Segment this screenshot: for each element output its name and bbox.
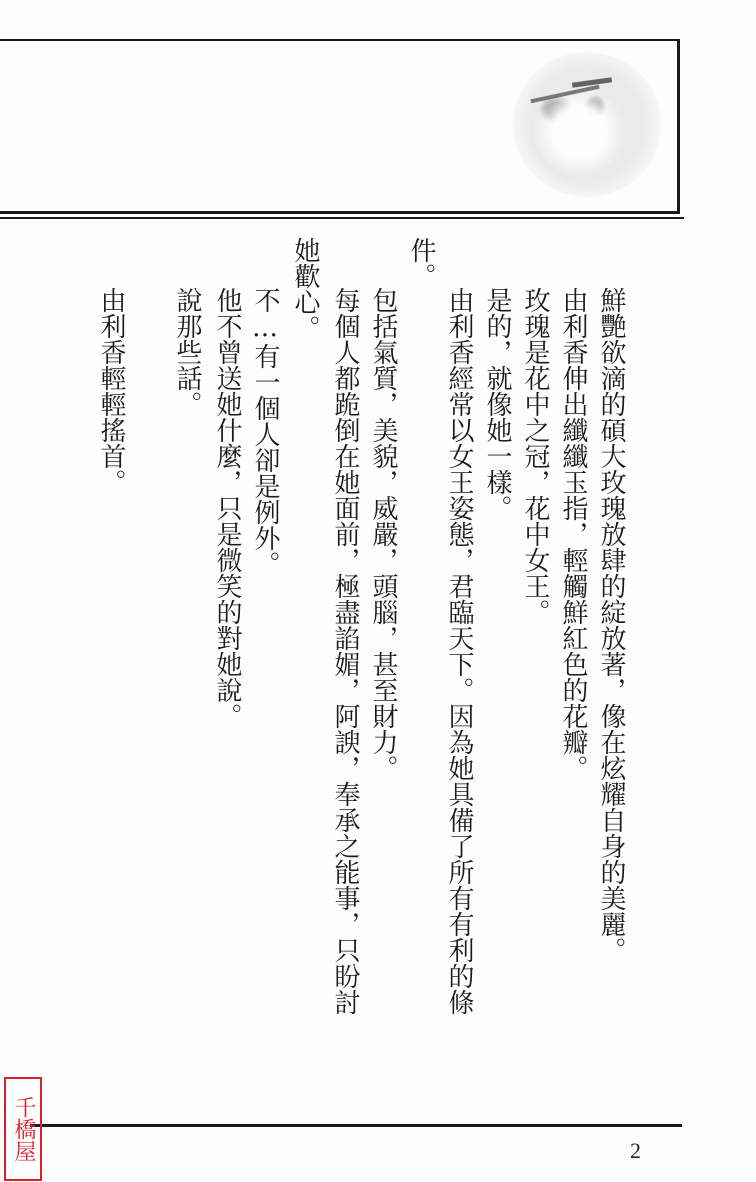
text-column-12: 說那些話。 xyxy=(173,287,203,417)
header-bottom-rule-secondary xyxy=(0,217,684,219)
text-column-11: 他不曾送她什麼，只是微笑的對她說。 xyxy=(213,287,243,729)
text-column-13: 由利香輕輕搖首。 xyxy=(97,287,127,495)
text-column-5: 由利香經常以女王姿態，君臨天下。因為她具備了所有有利的條 xyxy=(445,287,475,1015)
header-bottom-rule xyxy=(0,211,680,214)
header-right-border xyxy=(677,39,680,213)
text-column-9: 她歡心。 xyxy=(291,237,321,341)
text-column-2: 由利香伸出纖纖玉指，輕觸鮮紅色的花瓣。 xyxy=(559,287,589,781)
text-column-10: 不…有一個人卻是例外。 xyxy=(251,287,281,577)
page-number: 2 xyxy=(630,1138,641,1164)
text-column-3: 玫瑰是花中之冠，花中女王。 xyxy=(521,287,551,625)
publisher-seal: 千橋屋 xyxy=(4,1077,42,1181)
text-column-7: 包括氣質，美貌，威嚴，頭腦，甚至財力。 xyxy=(369,287,399,781)
text-column-4: 是的，就像她一樣。 xyxy=(483,287,513,521)
text-column-6: 件。 xyxy=(407,237,437,289)
text-column-1: 鮮艷欲滴的碩大玫瑰放肆的綻放著，像在炫耀自身的美麗。 xyxy=(597,287,627,963)
text-column-8: 每個人都跪倒在她面前，極盡諂媚，阿諛，奉承之能事，只盼討 xyxy=(331,287,361,1015)
header-top-rule xyxy=(0,39,680,41)
header-illustration xyxy=(512,52,662,197)
footer-rule xyxy=(30,1124,682,1127)
